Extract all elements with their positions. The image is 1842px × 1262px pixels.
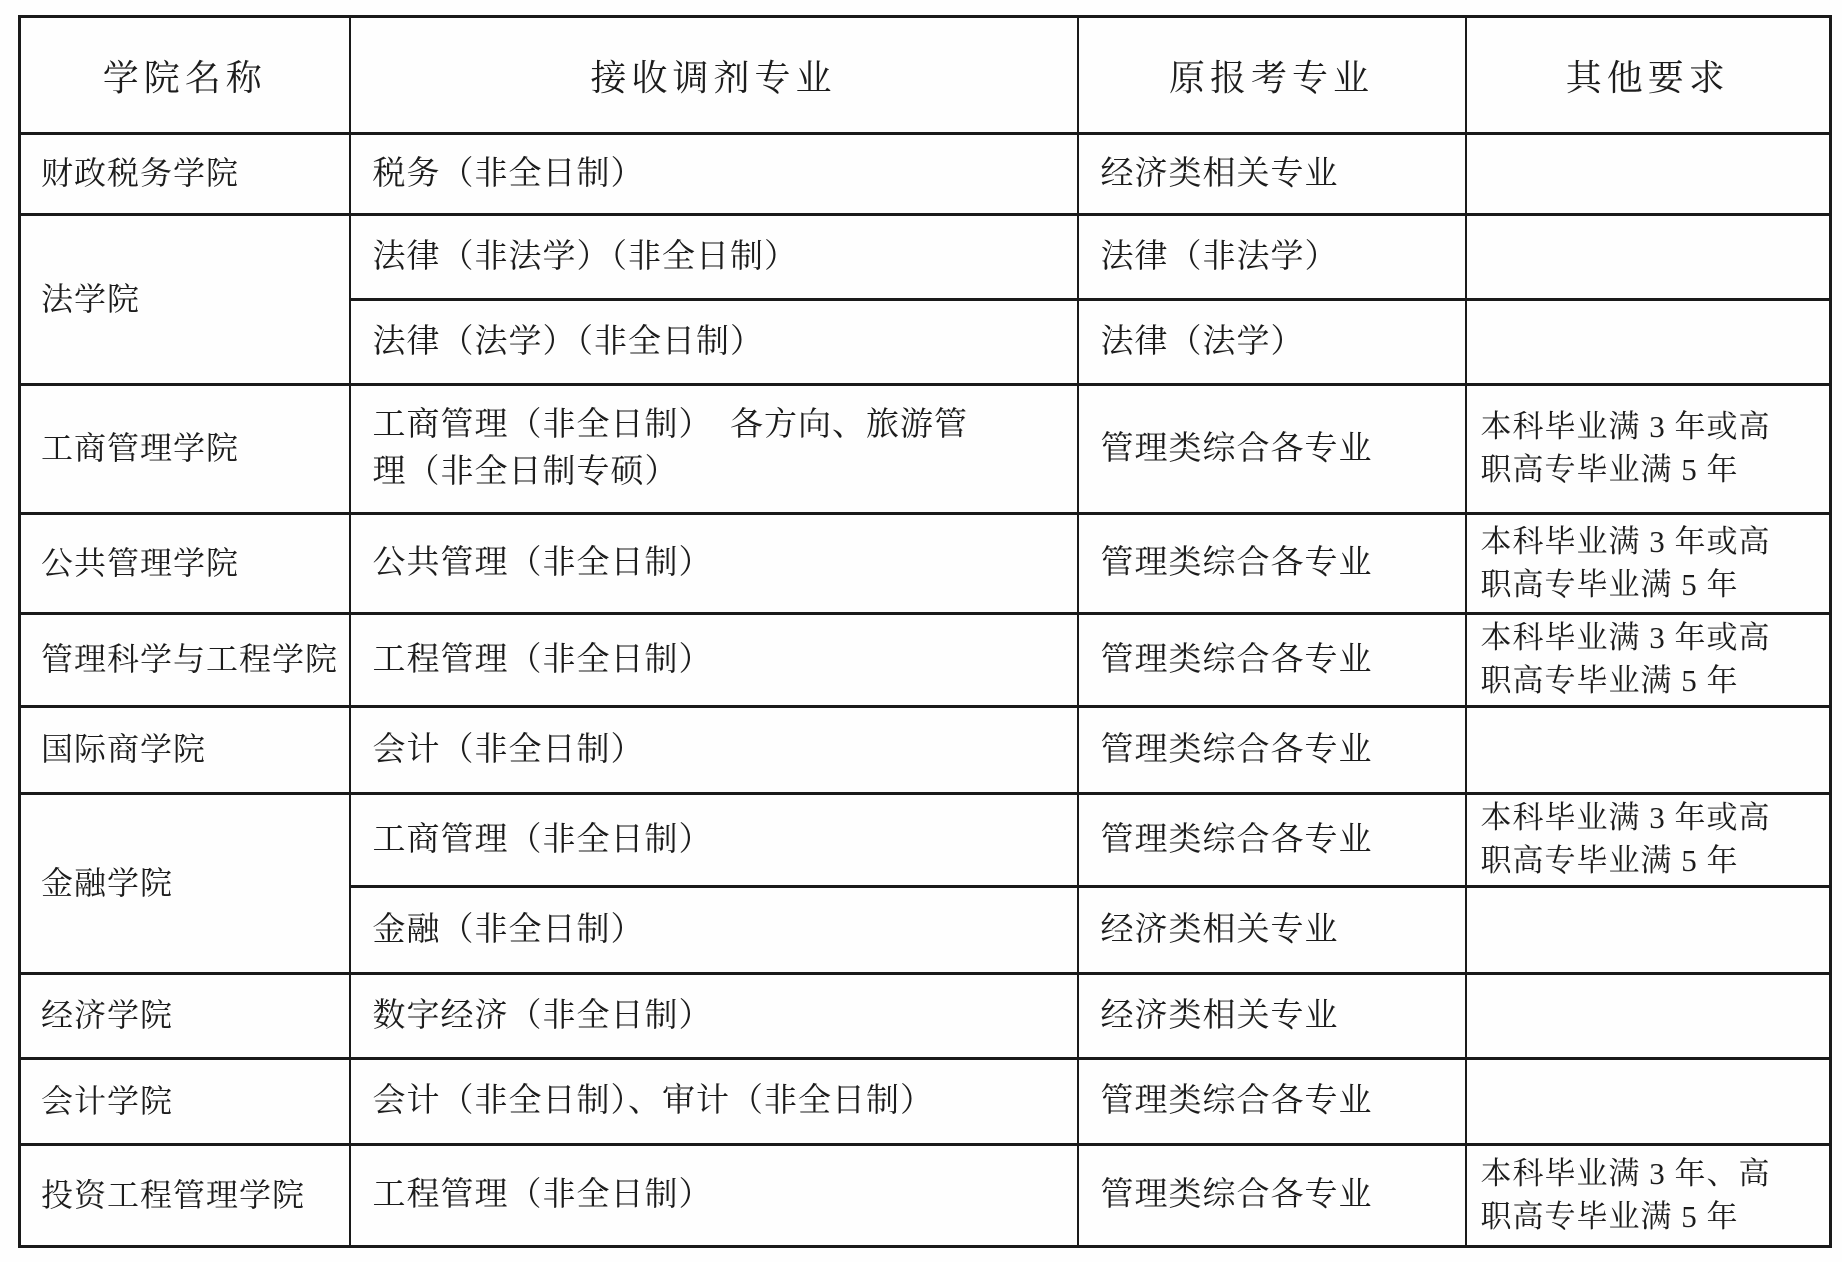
table-row: 公共管理学院 公共管理（非全日制） 管理类综合各专业 本科毕业满 3 年或高 职… [20, 514, 1831, 614]
other-requirements-cell [1466, 974, 1831, 1059]
original-major-cell: 法律（非法学） [1078, 215, 1466, 300]
accepted-major-cell: 会计（非全日制）、审计（非全日制） [350, 1059, 1078, 1145]
other-requirements-cell: 本科毕业满 3 年或高 职高专毕业满 5 年 [1466, 385, 1831, 514]
original-major-cell: 经济类相关专业 [1078, 974, 1466, 1059]
original-major-cell: 法律（法学） [1078, 300, 1466, 385]
column-header-original-major: 原报考专业 [1078, 17, 1466, 134]
accepted-major-cell: 金融（非全日制） [350, 887, 1078, 974]
accepted-major-cell: 税务（非全日制） [350, 134, 1078, 215]
accepted-major-cell: 工商管理（非全日制） 各方向、旅游管 理（非全日制专硕） [350, 385, 1078, 514]
table-row: 工商管理学院 工商管理（非全日制） 各方向、旅游管 理（非全日制专硕） 管理类综… [20, 385, 1831, 514]
table-row: 投资工程管理学院 工程管理（非全日制） 管理类综合各专业 本科毕业满 3 年、高… [20, 1145, 1831, 1247]
admissions-adjustment-table: 学院名称 接收调剂专业 原报考专业 其他要求 财政税务学院 税务（非全日制） 经… [18, 15, 1832, 1248]
document-page: 学院名称 接收调剂专业 原报考专业 其他要求 财政税务学院 税务（非全日制） 经… [0, 0, 1842, 1262]
other-requirements-cell [1466, 887, 1831, 974]
college-cell: 会计学院 [20, 1059, 350, 1145]
college-cell: 管理科学与工程学院 [20, 614, 350, 707]
original-major-cell: 管理类综合各专业 [1078, 385, 1466, 514]
original-major-cell: 管理类综合各专业 [1078, 614, 1466, 707]
college-cell: 经济学院 [20, 974, 350, 1059]
table-row: 法学院 法律（非法学）（非全日制） 法律（非法学） [20, 215, 1831, 300]
table-row: 财政税务学院 税务（非全日制） 经济类相关专业 [20, 134, 1831, 215]
accepted-major-cell: 工商管理（非全日制） [350, 794, 1078, 887]
college-cell: 国际商学院 [20, 707, 350, 794]
column-header-other-requirements: 其他要求 [1466, 17, 1831, 134]
table-header-row: 学院名称 接收调剂专业 原报考专业 其他要求 [20, 17, 1831, 134]
college-cell: 公共管理学院 [20, 514, 350, 614]
accepted-major-cell: 公共管理（非全日制） [350, 514, 1078, 614]
other-requirements-cell: 本科毕业满 3 年或高 职高专毕业满 5 年 [1466, 614, 1831, 707]
original-major-cell: 管理类综合各专业 [1078, 794, 1466, 887]
college-cell: 工商管理学院 [20, 385, 350, 514]
original-major-cell: 经济类相关专业 [1078, 134, 1466, 215]
table-row: 金融学院 工商管理（非全日制） 管理类综合各专业 本科毕业满 3 年或高 职高专… [20, 794, 1831, 887]
other-requirements-cell [1466, 300, 1831, 385]
college-cell: 财政税务学院 [20, 134, 350, 215]
accepted-major-cell: 工程管理（非全日制） [350, 614, 1078, 707]
college-cell: 投资工程管理学院 [20, 1145, 350, 1247]
other-requirements-cell [1466, 707, 1831, 794]
original-major-cell: 管理类综合各专业 [1078, 1059, 1466, 1145]
original-major-cell: 管理类综合各专业 [1078, 707, 1466, 794]
college-cell: 法学院 [20, 215, 350, 385]
column-header-college: 学院名称 [20, 17, 350, 134]
original-major-cell: 经济类相关专业 [1078, 887, 1466, 974]
accepted-major-cell: 数字经济（非全日制） [350, 974, 1078, 1059]
accepted-major-cell: 法律（法学）（非全日制） [350, 300, 1078, 385]
other-requirements-cell [1466, 134, 1831, 215]
table-row: 会计学院 会计（非全日制）、审计（非全日制） 管理类综合各专业 [20, 1059, 1831, 1145]
accepted-major-cell: 会计（非全日制） [350, 707, 1078, 794]
accepted-major-cell: 法律（非法学）（非全日制） [350, 215, 1078, 300]
other-requirements-cell [1466, 1059, 1831, 1145]
accepted-major-cell: 工程管理（非全日制） [350, 1145, 1078, 1247]
other-requirements-cell [1466, 215, 1831, 300]
other-requirements-cell: 本科毕业满 3 年或高 职高专毕业满 5 年 [1466, 514, 1831, 614]
original-major-cell: 管理类综合各专业 [1078, 514, 1466, 614]
table-row: 管理科学与工程学院 工程管理（非全日制） 管理类综合各专业 本科毕业满 3 年或… [20, 614, 1831, 707]
other-requirements-cell: 本科毕业满 3 年、高 职高专毕业满 5 年 [1466, 1145, 1831, 1247]
column-header-accepted-major: 接收调剂专业 [350, 17, 1078, 134]
table-row: 经济学院 数字经济（非全日制） 经济类相关专业 [20, 974, 1831, 1059]
other-requirements-cell: 本科毕业满 3 年或高 职高专毕业满 5 年 [1466, 794, 1831, 887]
table-row: 国际商学院 会计（非全日制） 管理类综合各专业 [20, 707, 1831, 794]
college-cell: 金融学院 [20, 794, 350, 974]
original-major-cell: 管理类综合各专业 [1078, 1145, 1466, 1247]
